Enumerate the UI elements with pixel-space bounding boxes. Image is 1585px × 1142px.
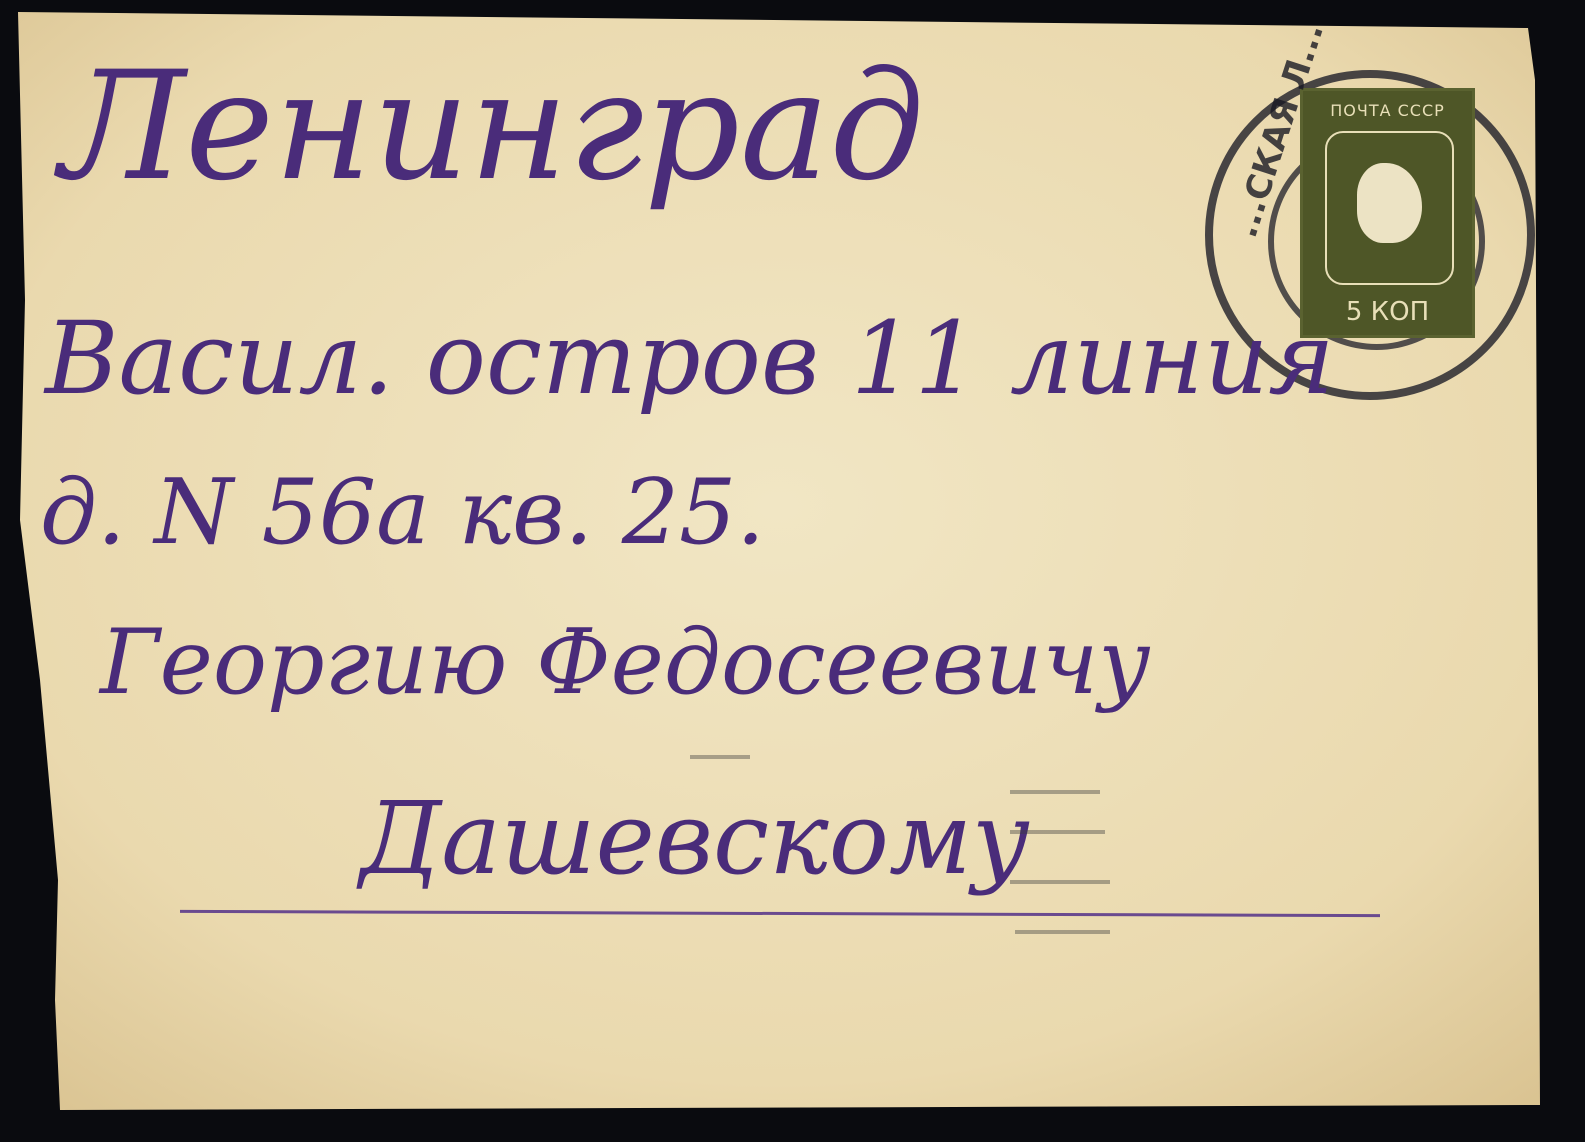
recipient-name: Георгию Федосеевичу [100, 610, 1151, 715]
address-city: Ленинград [60, 40, 924, 214]
stamp-portrait [1325, 131, 1454, 285]
cancel-mark [1015, 930, 1110, 934]
recipient-surname: Дашевскому [360, 780, 1030, 897]
address-street: Васил. остров 11 линия [45, 300, 1335, 417]
cancel-mark [1010, 880, 1110, 884]
address-house: д. N 56а кв. 25. [40, 460, 765, 565]
cancel-mark [1010, 830, 1105, 834]
cancel-mark [690, 755, 750, 759]
stamp-header: ПОЧТА СССР [1303, 101, 1472, 120]
cancel-mark [1010, 790, 1100, 794]
